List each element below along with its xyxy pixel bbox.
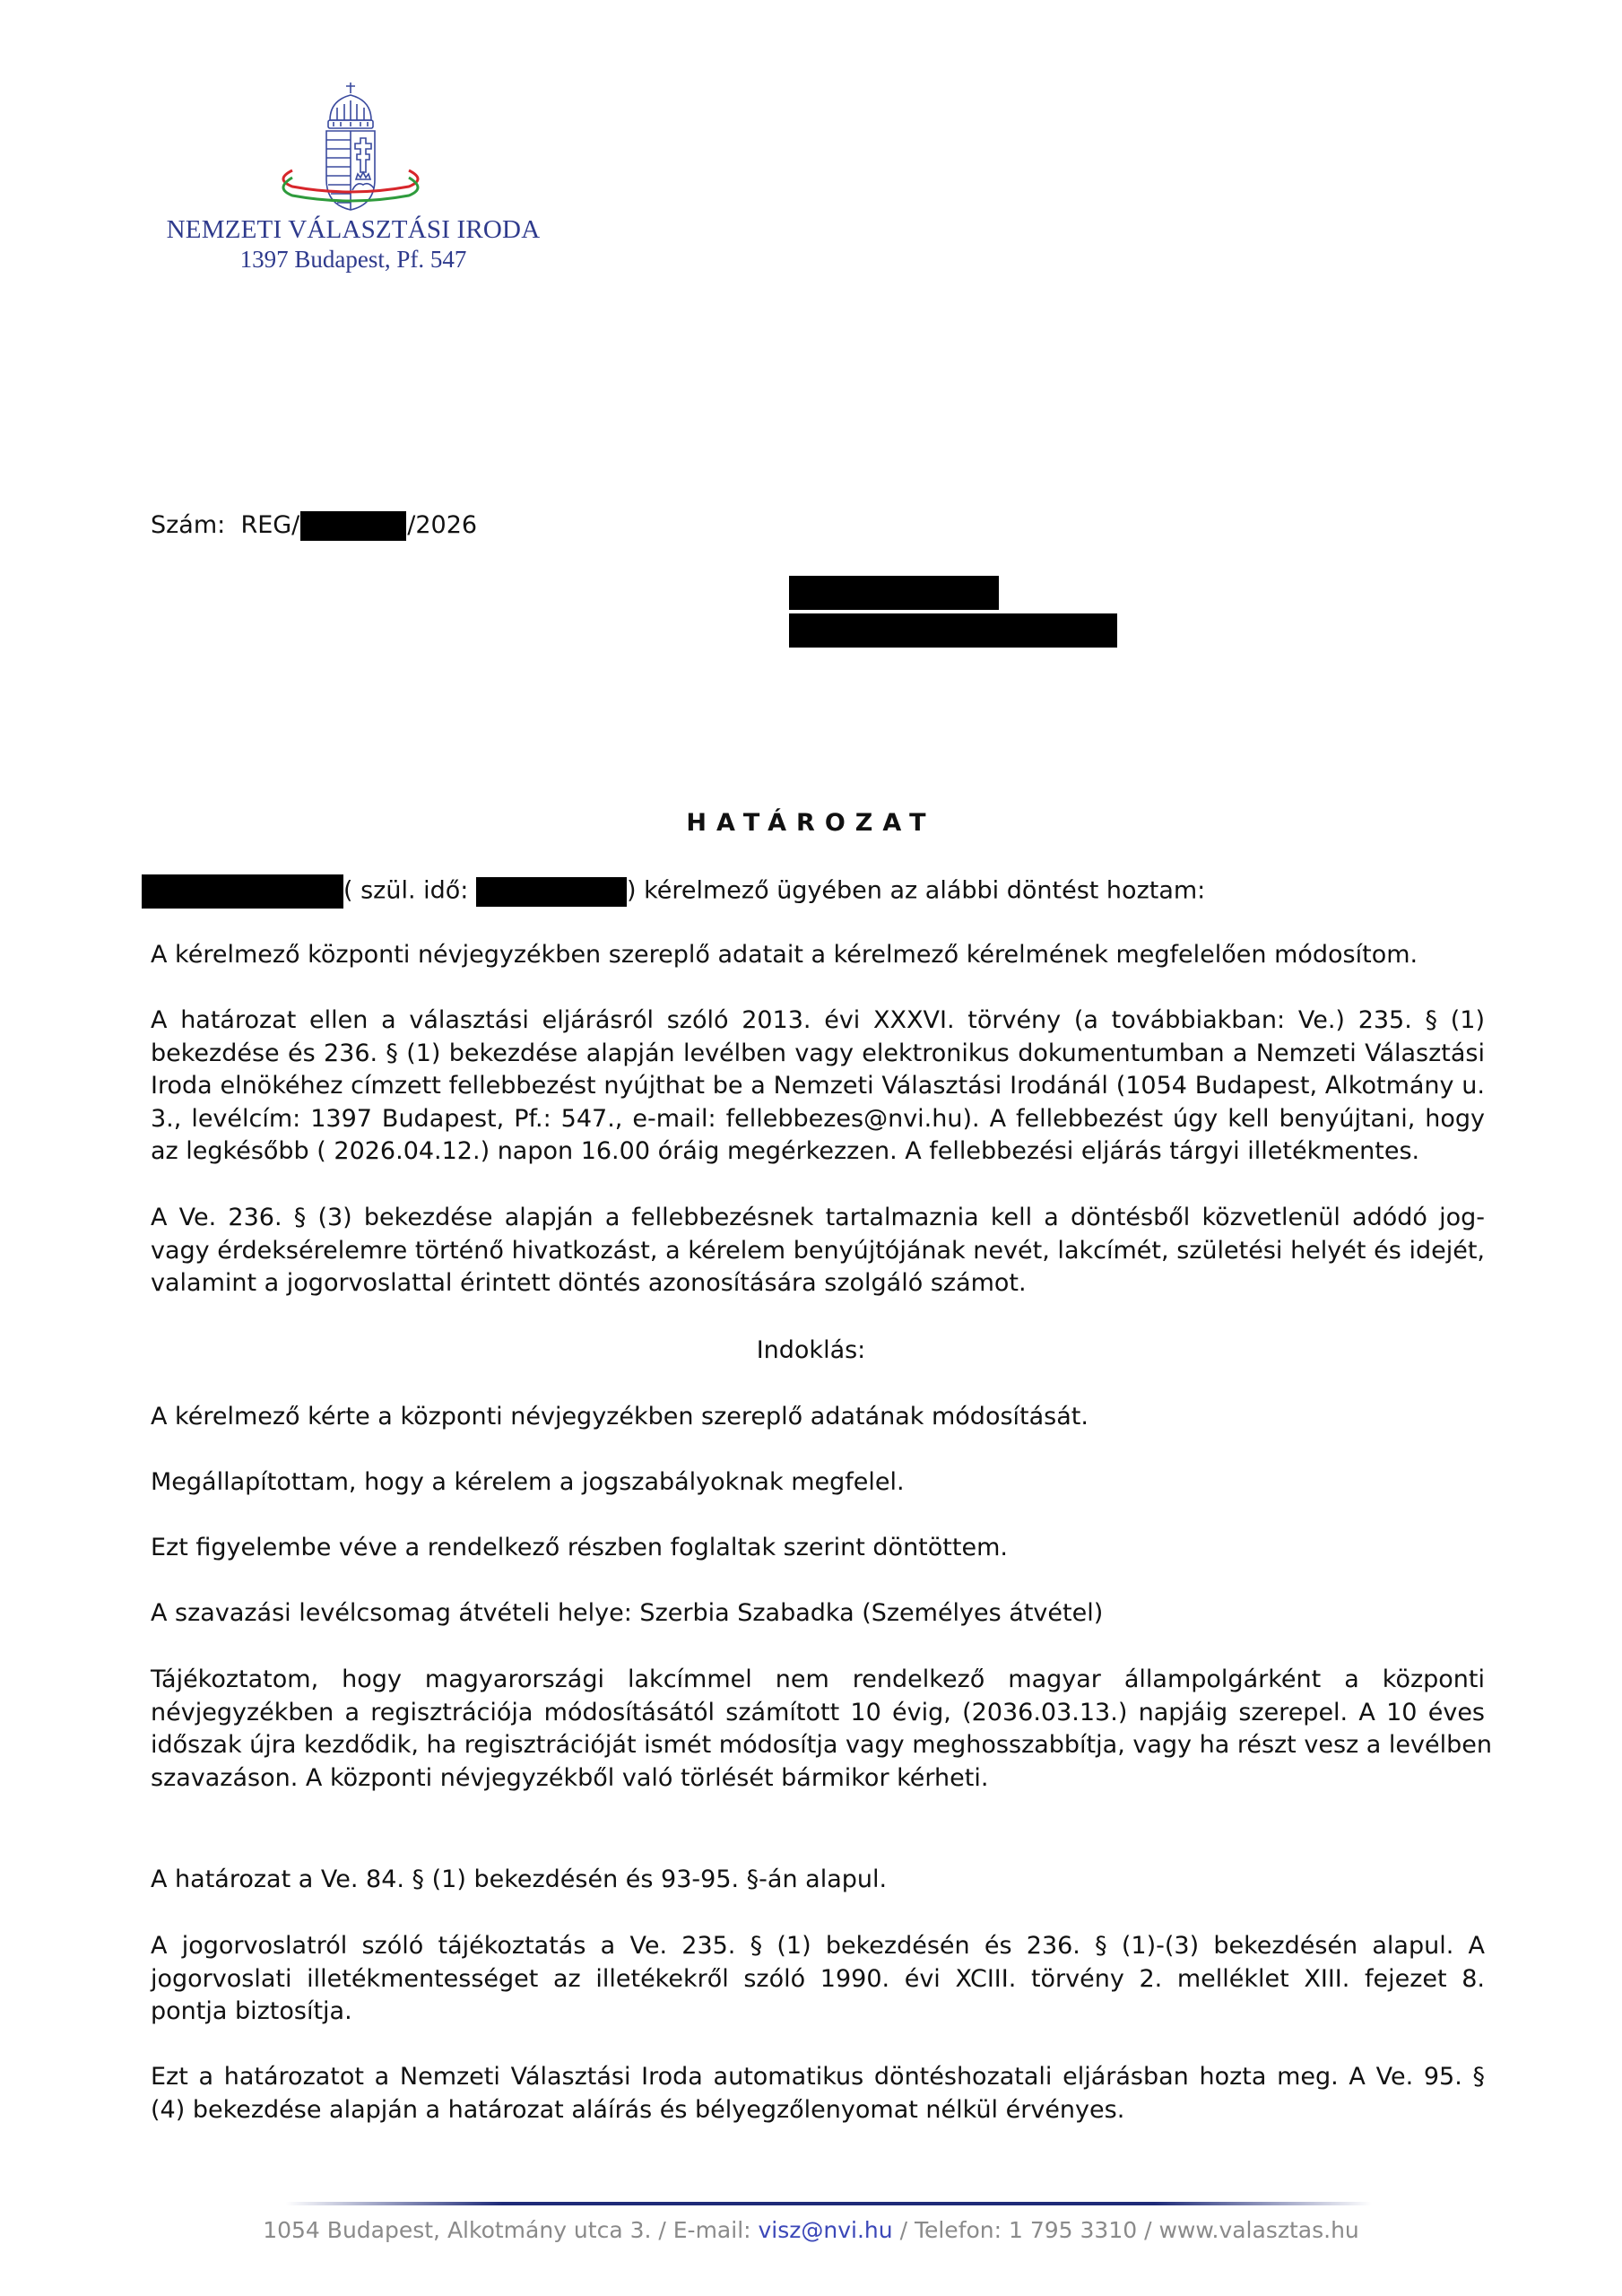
footer-email-link[interactable]: visz@nvi.hu xyxy=(759,2217,893,2243)
document-title: HATÁROZAT xyxy=(0,809,1622,837)
birth-date-label: ( szül. idő: xyxy=(343,877,468,905)
content-line: vagy érdeksérelemre történő hivatkozást,… xyxy=(151,1235,1485,1268)
appeal-line: A határozat ellen a választási eljárásró… xyxy=(151,1004,1485,1038)
reference-suffix: /2026 xyxy=(407,511,477,539)
registration-info-paragraph: Tájékoztatom, hogy magyarországi lakcímm… xyxy=(151,1664,1485,1795)
reference-label: Szám: xyxy=(151,511,225,539)
hungarian-coat-of-arms-icon xyxy=(265,79,436,213)
legal-basis: A határozat a Ve. 84. § (1) bekezdésén é… xyxy=(151,1864,887,1897)
pickup-location: A szavazási levélcsomag átvételi helye: … xyxy=(151,1597,1103,1631)
reasoning-item: Megállapítottam, hogy a kérelem a jogsza… xyxy=(151,1466,905,1500)
appeal-line: Iroda elnökéhez címzett fellebbezést nyú… xyxy=(151,1070,1485,1103)
automatic-decision-paragraph: Ezt a határozatot a Nemzeti Választási I… xyxy=(151,2061,1485,2126)
redacted-recipient-address xyxy=(789,613,1117,648)
footer-divider xyxy=(285,2202,1372,2205)
footer-contact: 1054 Budapest, Alkotmány utca 3. / E-mai… xyxy=(0,2217,1622,2243)
reasoning-heading: Indoklás: xyxy=(0,1335,1622,1368)
remedy-line: jogorvoslati illetékmentességet az illet… xyxy=(151,1963,1485,1996)
coat-of-arms-logo xyxy=(265,79,436,213)
organization-name: NEMZETI VÁLASZTÁSI IRODA xyxy=(165,215,542,245)
applicant-line: ( szül. idő: ) kérelmező ügyében az aláb… xyxy=(142,874,1205,909)
appeal-line: bekezdése és 236. § (1) bekezdése alapjá… xyxy=(151,1038,1485,1071)
organization-address: 1397 Budapest, Pf. 547 xyxy=(165,246,542,274)
reasoning-item: A kérelmező kérte a központi névjegyzékb… xyxy=(151,1401,1089,1434)
reasoning-item: Ezt figyelembe véve a rendelkező részben… xyxy=(151,1532,1008,1565)
appeal-content-paragraph: A Ve. 236. § (3) bekezdése alapján a fel… xyxy=(151,1202,1485,1300)
appeal-paragraph: A határozat ellen a választási eljárásró… xyxy=(151,1004,1485,1169)
applicant-line-text: ) kérelmező ügyében az alábbi döntést ho… xyxy=(627,877,1205,905)
content-line: valamint a jogorvoslattal érintett dönté… xyxy=(151,1267,1485,1300)
automatic-line: Ezt a határozatot a Nemzeti Választási I… xyxy=(151,2061,1485,2094)
remedy-line: pontja biztosítja. xyxy=(151,1996,1485,2029)
decision-paragraph: A kérelmező központi névjegyzékben szere… xyxy=(151,939,1418,972)
footer-address: 1054 Budapest, Alkotmány utca 3. / E-mai… xyxy=(263,2217,758,2243)
info-line: névjegyzékben a regisztrációja módosítás… xyxy=(151,1697,1485,1730)
info-line: szavazáson. A központi névjegyzékből val… xyxy=(151,1762,1485,1796)
redacted-recipient-name xyxy=(789,576,999,610)
footer-phone-website: / Telefon: 1 795 3310 / www.valasztas.hu xyxy=(893,2217,1359,2243)
remedy-line: A jogorvoslatról szóló tájékoztatás a Ve… xyxy=(151,1930,1485,1963)
redacted-reference xyxy=(300,511,406,541)
redacted-birth-date xyxy=(476,877,627,907)
automatic-line: (4) bekezdése alapján a határozat aláírá… xyxy=(151,2094,1485,2127)
reference-prefix: REG/ xyxy=(240,511,299,539)
remedy-paragraph: A jogorvoslatról szóló tájékoztatás a Ve… xyxy=(151,1930,1485,2029)
content-line: A Ve. 236. § (3) bekezdése alapján a fel… xyxy=(151,1202,1485,1235)
redacted-applicant-name xyxy=(142,874,343,909)
info-line: Tájékoztatom, hogy magyarországi lakcímm… xyxy=(151,1664,1485,1697)
appeal-line: 3., levélcím: 1397 Budapest, Pf.: 547., … xyxy=(151,1103,1485,1136)
info-line: időszak újra kezdődik, ha regisztrációjá… xyxy=(151,1729,1485,1762)
appeal-line: az legkésőbb ( 2026.04.12.) napon 16.00 … xyxy=(151,1135,1485,1169)
reference-number: Szám: REG//2026 xyxy=(151,509,477,543)
